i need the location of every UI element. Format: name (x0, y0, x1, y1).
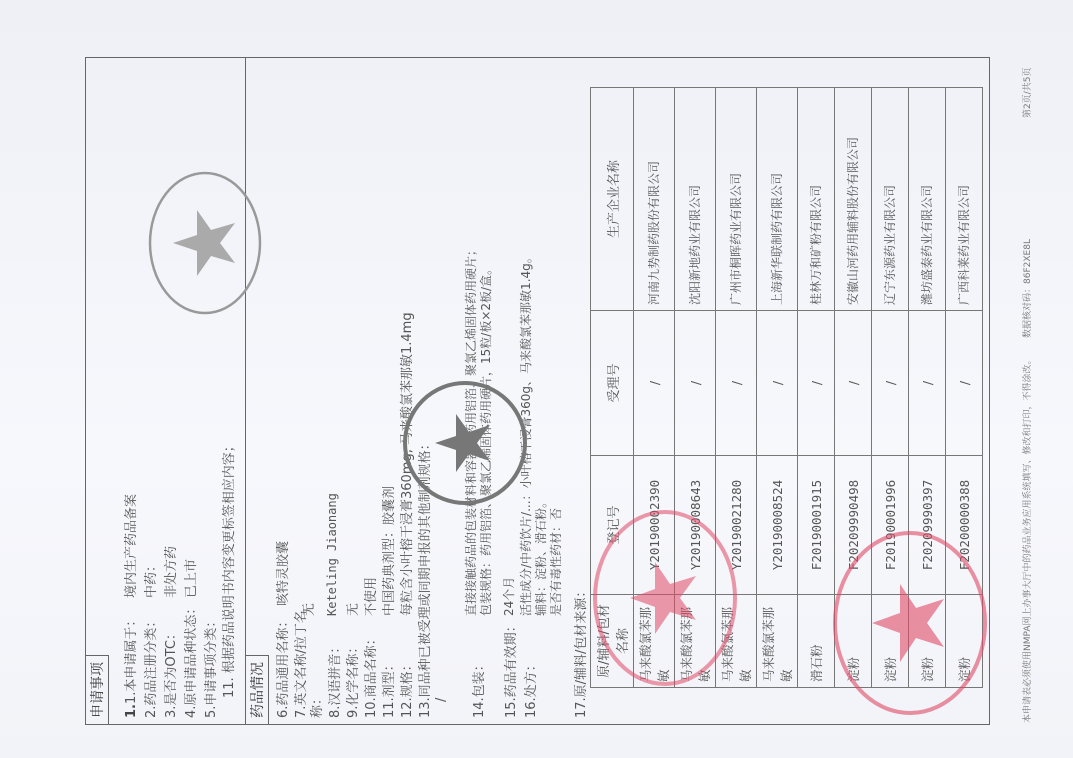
registration-number-cell: F20200000388 (946, 456, 983, 595)
field-9-label: 9.化学名称： (342, 641, 361, 718)
manufacturer-cell: 上海新华联制药有限公司 (757, 88, 798, 311)
manufacturer-cell: 广州市桐晖药业有限公司 (716, 88, 757, 311)
table-header-row: 原/辅料/包材名称 登记号 受理号 生产企业名称 (591, 88, 634, 688)
registration-number-cell: Y20190021280 (716, 456, 757, 595)
manufacturer-cell: 桂林万和矿粉有限公司 (798, 88, 835, 311)
col-header-material: 原/辅料/包材名称 (591, 595, 634, 688)
checksum-label: 数据核对码： (1023, 284, 1033, 338)
acceptance-number-cell: / (716, 311, 757, 456)
manufacturer-cell: 广西科莱药业有限公司 (946, 88, 983, 311)
field-16-value-toxic: 是否有毒性药材：否 (547, 508, 564, 616)
document-page: 申请事项 1.1.本申请属于： 境内生产药品备案 2.药品注册分类： 中药： 3… (0, 0, 1073, 758)
material-name-cell: 淀粉 (946, 595, 983, 688)
field-7-value: 无 (298, 603, 317, 616)
table-row: 马来酸氯苯那敏Y20190008524/上海新华联制药有限公司 (757, 88, 798, 688)
field-5-label: 5.申请事项分类： (200, 615, 219, 718)
registration-number-cell: F20209990498 (835, 456, 872, 595)
acceptance-number-cell: / (634, 311, 675, 456)
section-divider (245, 57, 246, 725)
field-13-value: / (434, 698, 449, 702)
footer-notice: 本申请表必须使用NMPA网上办事大厅中的药品业务应用系统填写、修改和打印，不得涂… (1020, 355, 1033, 723)
field-14-label: 14.包装： (468, 658, 487, 718)
table-row: 淀粉F20209990498/安徽山河药用辅料股份有限公司 (835, 88, 872, 688)
manufacturer-cell: 安徽山河药用辅料股份有限公司 (835, 88, 872, 311)
field-14-value-spec: 包装规格：药用铝箔、聚氯乙烯固体药用硬片，15粒/板×2板/盒。 (477, 263, 494, 616)
material-name-cell: 马来酸氯苯那敏 (634, 595, 675, 688)
field-12-label: 12.规格： (396, 658, 415, 718)
field-17-label: 17.原/辅料/包材来源： (570, 585, 589, 718)
material-name-cell: 马来酸氯苯那敏 (675, 595, 716, 688)
manufacturer-cell: 河南九势制药股份有限公司 (634, 88, 675, 311)
materials-source-table: 原/辅料/包材名称 登记号 受理号 生产企业名称 马来酸氯苯那敏Y2019000… (590, 87, 983, 688)
section-title-application: 申请事项 (86, 655, 109, 724)
acceptance-number-cell: / (835, 311, 872, 456)
field-6-label: 6.药品通用名称： (272, 615, 291, 718)
table-row: 马来酸氯苯那敏Y20190008643/沈阳新地药业有限公司 (675, 88, 716, 688)
section-title-drug-info: 药品情况 (246, 655, 269, 724)
field-9-value: 无 (342, 603, 361, 616)
registration-number-cell: Y20190008524 (757, 456, 798, 595)
field-7-label-cont: 称： (306, 692, 325, 718)
field-4-label: 4.原申请品种状态： (180, 602, 199, 718)
field-2-value: 中药： (140, 559, 159, 598)
manufacturer-cell: 沈阳新地药业有限公司 (675, 88, 716, 311)
field-11-label: 11.剂型： (378, 658, 397, 718)
acceptance-number-cell: / (675, 311, 716, 456)
table-row: 淀粉F20190001996/辽宁东源药业有限公司 (872, 88, 909, 688)
registration-number-cell: F20190001915 (798, 456, 835, 595)
field-2-label: 2.药品注册分类： (140, 615, 159, 718)
material-name-cell: 滑石粉 (798, 595, 835, 688)
material-name-cell: 淀粉 (872, 595, 909, 688)
acceptance-number-cell: / (872, 311, 909, 456)
col-header-manufacturer: 生产企业名称 (591, 88, 634, 311)
acceptance-number-cell: / (909, 311, 946, 456)
field-6-value: 咳特灵胶囊 (272, 541, 291, 606)
col-header-acceptance: 受理号 (591, 311, 634, 456)
field-15-label: 15.药品有效期： (500, 619, 519, 718)
field-15-value: 24个月 (500, 577, 517, 616)
field-8-value: Keteling Jiaonang (325, 493, 339, 616)
col-header-registration: 登记号 (591, 456, 634, 595)
registration-number-cell: F20209990397 (909, 456, 946, 595)
registration-number-cell: Y20190008643 (675, 456, 716, 595)
acceptance-number-cell: / (798, 311, 835, 456)
field-1-value: 境内生产药品备案 (120, 494, 139, 598)
table-row: 淀粉F20209990397/潍坊盛泰药业有限公司 (909, 88, 946, 688)
acceptance-number-cell: / (757, 311, 798, 456)
material-name-cell: 马来酸氯苯那敏 (757, 595, 798, 688)
field-1-label-text: 1.本申请属于： (124, 614, 139, 704)
field-3-label: 3.是否为OTC： (160, 627, 179, 718)
table-row: 马来酸氯苯那敏Y20190021280/广州市桐晖药业有限公司 (716, 88, 757, 688)
table-row: 滑石粉F20190001915/桂林万和矿粉有限公司 (798, 88, 835, 688)
field-5-subitem: 11. 根据药品说明书内容变更标签相应内容； (218, 439, 237, 698)
manufacturer-cell: 潍坊盛泰药业有限公司 (909, 88, 946, 311)
field-10-label: 10.商品名称： (360, 632, 379, 718)
material-name-cell: 淀粉 (835, 595, 872, 688)
registration-number-cell: F20190001996 (872, 456, 909, 595)
field-8-label: 8.汉语拼音： (324, 641, 343, 718)
field-11-value: 中国药典剂型：胶囊剂 (378, 486, 397, 616)
field-10-value: 不使用 (360, 577, 379, 616)
acceptance-number-cell: / (946, 311, 983, 456)
field-4-value: 已上市 (180, 559, 199, 598)
field-16-label: 16.处方： (520, 658, 539, 718)
field-13-label: 13.同品种已被受理或同期申报的其他制剂规格： (414, 437, 433, 718)
manufacturer-cell: 辽宁东源药业有限公司 (872, 88, 909, 311)
checksum-value: 86F2XE8L (1023, 239, 1033, 284)
field-12-value: 每粒含小叶榕干浸膏360mg, 马来酸氯苯那敏1.4mg (396, 312, 415, 616)
footer-checksum: 数据核对码：86F2XE8L (1020, 239, 1033, 338)
material-name-cell: 马来酸氯苯那敏 (716, 595, 757, 688)
material-name-cell: 淀粉 (909, 595, 946, 688)
footer-page-number: 第2页/共5页 (1020, 68, 1033, 119)
field-3-value: 非处方药 (160, 546, 179, 598)
table-row: 马来酸氯苯那敏Y20190002390/河南九势制药股份有限公司 (634, 88, 675, 688)
field-1-label: 1.1.本申请属于： (120, 614, 139, 718)
table-row: 淀粉F20200000388/广西科莱药业有限公司 (946, 88, 983, 688)
registration-number-cell: Y20190002390 (634, 456, 675, 595)
